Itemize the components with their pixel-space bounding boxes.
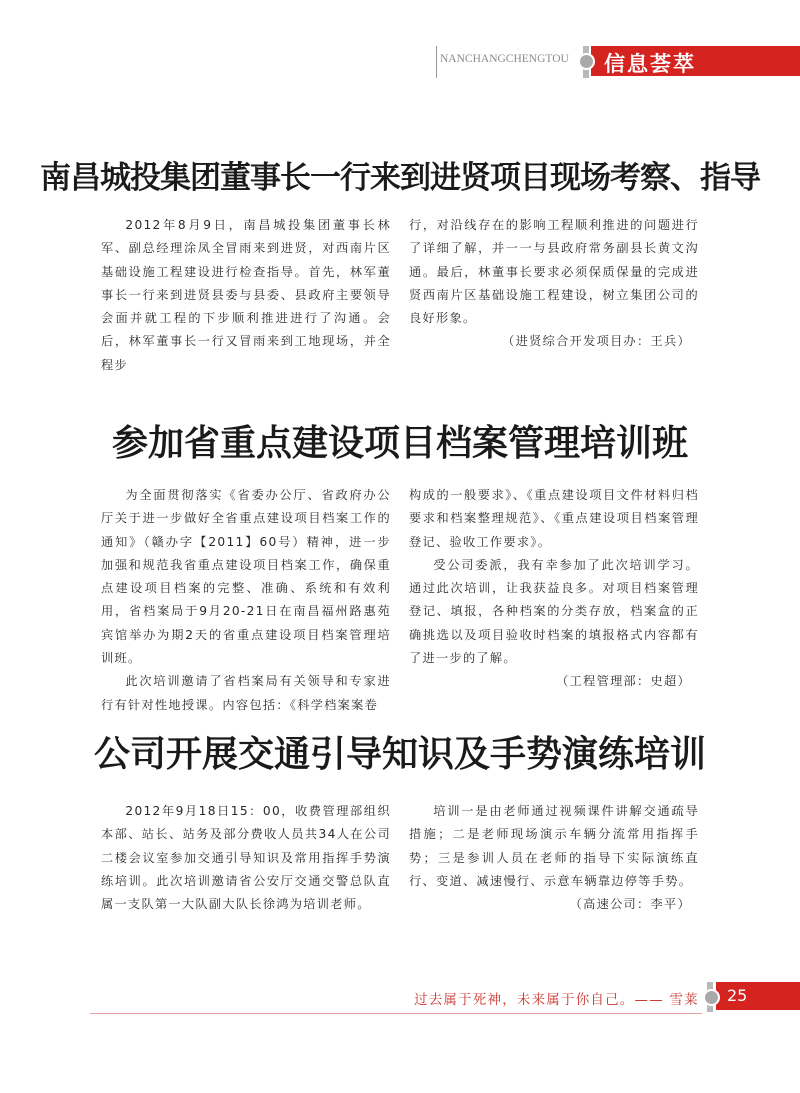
article-3-paragraph: 培训一是由老师通过视频课件讲解交通疏导措施；二是老师现场演示车辆分流常用指挥手势… (409, 800, 699, 893)
article-3-paragraph: 2012年9月18日15：00，收费管理部组织本部、站长、站务及部分费收人员共3… (101, 800, 391, 916)
section-title: 信息荟萃 (604, 48, 696, 78)
footer-rule (90, 1013, 702, 1014)
article-2-right-column: 构成的一般要求》、《重点建设项目文件材料归档要求和档案整理规范》、《重点建设项目… (409, 484, 699, 694)
article-2-paragraph: 此次培训邀请了省档案局有关领导和专家进行有针对性地授课。内容包括：《科学档案案卷 (101, 670, 391, 717)
article-2-paragraph: 为全面贯彻落实《省委办公厅、省政府办公厅关于进一步做好全省重点建设项目档案工作的… (101, 484, 391, 670)
article-3-left-column: 2012年9月18日15：00，收费管理部组织本部、站长、站务及部分费收人员共3… (101, 800, 391, 916)
article-2-paragraph: 构成的一般要求》、《重点建设项目文件材料归档要求和档案整理规范》、《重点建设项目… (409, 484, 699, 554)
article-2-title: 参加省重点建设项目档案管理培训班 (0, 415, 800, 466)
article-1-title: 南昌城投集团董事长一行来到进贤项目现场考察、指导 (0, 152, 800, 197)
article-1-byline: （进贤综合开发项目办：王兵） (409, 330, 699, 353)
article-1-left-column: 2012年8月9日，南昌城投集团董事长林军、副总经理涂凤全冒雨来到进贤，对西南片… (101, 214, 391, 377)
article-3-right-column: 培训一是由老师通过视频课件讲解交通疏导措施；二是老师现场演示车辆分流常用指挥手势… (409, 800, 699, 916)
footer-dot-icon (703, 989, 720, 1006)
article-3-byline: （高速公司：李平） (409, 893, 699, 916)
footer-quote: 过去属于死神，未来属于你自己。—— 雪莱 (414, 988, 699, 1008)
article-2-left-column: 为全面贯彻落实《省委办公厅、省政府办公厅关于进一步做好全省重点建设项目档案工作的… (101, 484, 391, 717)
article-1-paragraph: 行，对沿线存在的影响工程顺利推进的问题进行了详细了解，并一一与县政府常务副县长黄… (409, 214, 699, 330)
article-2-paragraph: 受公司委派，我有幸参加了此次培训学习。通过此次培训，让我获益良多。对项目档案管理… (409, 554, 699, 670)
header-divider (436, 46, 437, 78)
article-2-byline: （工程管理部：史超） (409, 670, 699, 693)
brand-english: NANCHANGCHENGTOU (440, 53, 569, 65)
header-dot-icon (578, 53, 595, 70)
page-number: 25 (727, 986, 747, 1005)
article-3-title: 公司开展交通引导知识及手势演练培训 (0, 726, 800, 777)
article-1-paragraph: 2012年8月9日，南昌城投集团董事长林军、副总经理涂凤全冒雨来到进贤，对西南片… (101, 214, 391, 377)
article-1-right-column: 行，对沿线存在的影响工程顺利推进的问题进行了详细了解，并一一与县政府常务副县长黄… (409, 214, 699, 354)
